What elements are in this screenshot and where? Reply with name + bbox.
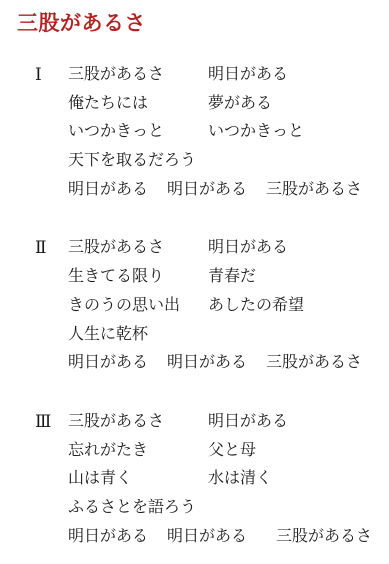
verse-1-numeral: Ⅰ (35, 61, 42, 90)
refrain-line: 明日がある明日がある三股があるさ (68, 176, 389, 205)
verse-3-numeral: Ⅲ (35, 408, 51, 437)
lyric-line: 生きてる限り青春だ (68, 263, 389, 292)
verse-2: Ⅱ 三股があるさ明日がある 生きてる限り青春だ きのうの思い出あしたの希望 人生… (68, 234, 389, 377)
lyric-right-column: 明日がある (208, 239, 288, 256)
lyric-left-column: 忘れがたき (68, 437, 208, 466)
verse-3: Ⅲ 三股があるさ明日がある 忘れがたき父と母 山は青く水は清く ふるさとを語ろう… (68, 408, 389, 551)
lyric-line: ふるさとを語ろう (68, 494, 389, 523)
lyric-line: きのうの思い出あしたの希望 (68, 292, 389, 321)
lyric-line: 忘れがたき父と母 (68, 437, 389, 466)
refrain-phrase: 三股があるさ (266, 349, 362, 378)
lyric-left-column: いつかきっと (68, 118, 208, 147)
refrain-line: 明日がある明日がある三股があるさ (68, 523, 389, 552)
lyric-line: 俺たちには夢がある (68, 90, 389, 119)
refrain-phrase: 三股があるさ (266, 176, 362, 205)
lyric-left-column: 三股があるさ (68, 234, 208, 263)
refrain-phrase: 明日がある (167, 176, 247, 205)
refrain-phrase: 三股があるさ (276, 523, 372, 552)
refrain-phrase: 明日がある (167, 523, 247, 552)
lyric-line: 三股があるさ明日がある (68, 408, 389, 437)
lyric-right-column: 夢がある (208, 95, 272, 112)
lyric-left-column: 三股があるさ (68, 408, 208, 437)
lyric-right-column: 明日がある (208, 413, 288, 430)
lyric-right-column: 明日がある (208, 66, 288, 83)
lyric-left-column: 山は青く (68, 465, 208, 494)
refrain-phrase: 明日がある (68, 349, 148, 378)
lyric-line: 三股があるさ明日がある (68, 61, 389, 90)
verse-2-numeral: Ⅱ (35, 234, 47, 263)
lyric-right-column: いつかきっと (208, 123, 304, 140)
lyric-line: 天下を取るだろう (68, 147, 389, 176)
lyrics-document-page: 三股があるさ Ⅰ 三股があるさ明日がある 俺たちには夢がある いつかきっといつか… (0, 0, 389, 564)
page-title: 三股があるさ (0, 0, 389, 37)
lyric-line: 山は青く水は清く (68, 465, 389, 494)
lyric-left-column: 生きてる限り (68, 263, 208, 292)
lyric-left-column: 俺たちには (68, 90, 208, 119)
lyric-line: 人生に乾杯 (68, 321, 389, 350)
lyric-right-column: 父と母 (208, 442, 256, 459)
refrain-phrase: 明日がある (68, 176, 148, 205)
lyric-line: 三股があるさ明日がある (68, 234, 389, 263)
lyric-right-column: 青春だ (208, 268, 256, 285)
verses-container: Ⅰ 三股があるさ明日がある 俺たちには夢がある いつかきっといつかきっと 天下を… (0, 61, 389, 551)
lyric-right-column: 水は清く (208, 470, 272, 487)
refrain-phrase: 明日がある (167, 349, 247, 378)
lyric-left-column: きのうの思い出 (68, 292, 208, 321)
refrain-phrase: 明日がある (68, 523, 148, 552)
lyric-line: いつかきっといつかきっと (68, 118, 389, 147)
verse-1: Ⅰ 三股があるさ明日がある 俺たちには夢がある いつかきっといつかきっと 天下を… (68, 61, 389, 204)
refrain-line: 明日がある明日がある三股があるさ (68, 349, 389, 378)
lyric-right-column: あしたの希望 (208, 297, 304, 314)
lyric-left-column: 三股があるさ (68, 61, 208, 90)
